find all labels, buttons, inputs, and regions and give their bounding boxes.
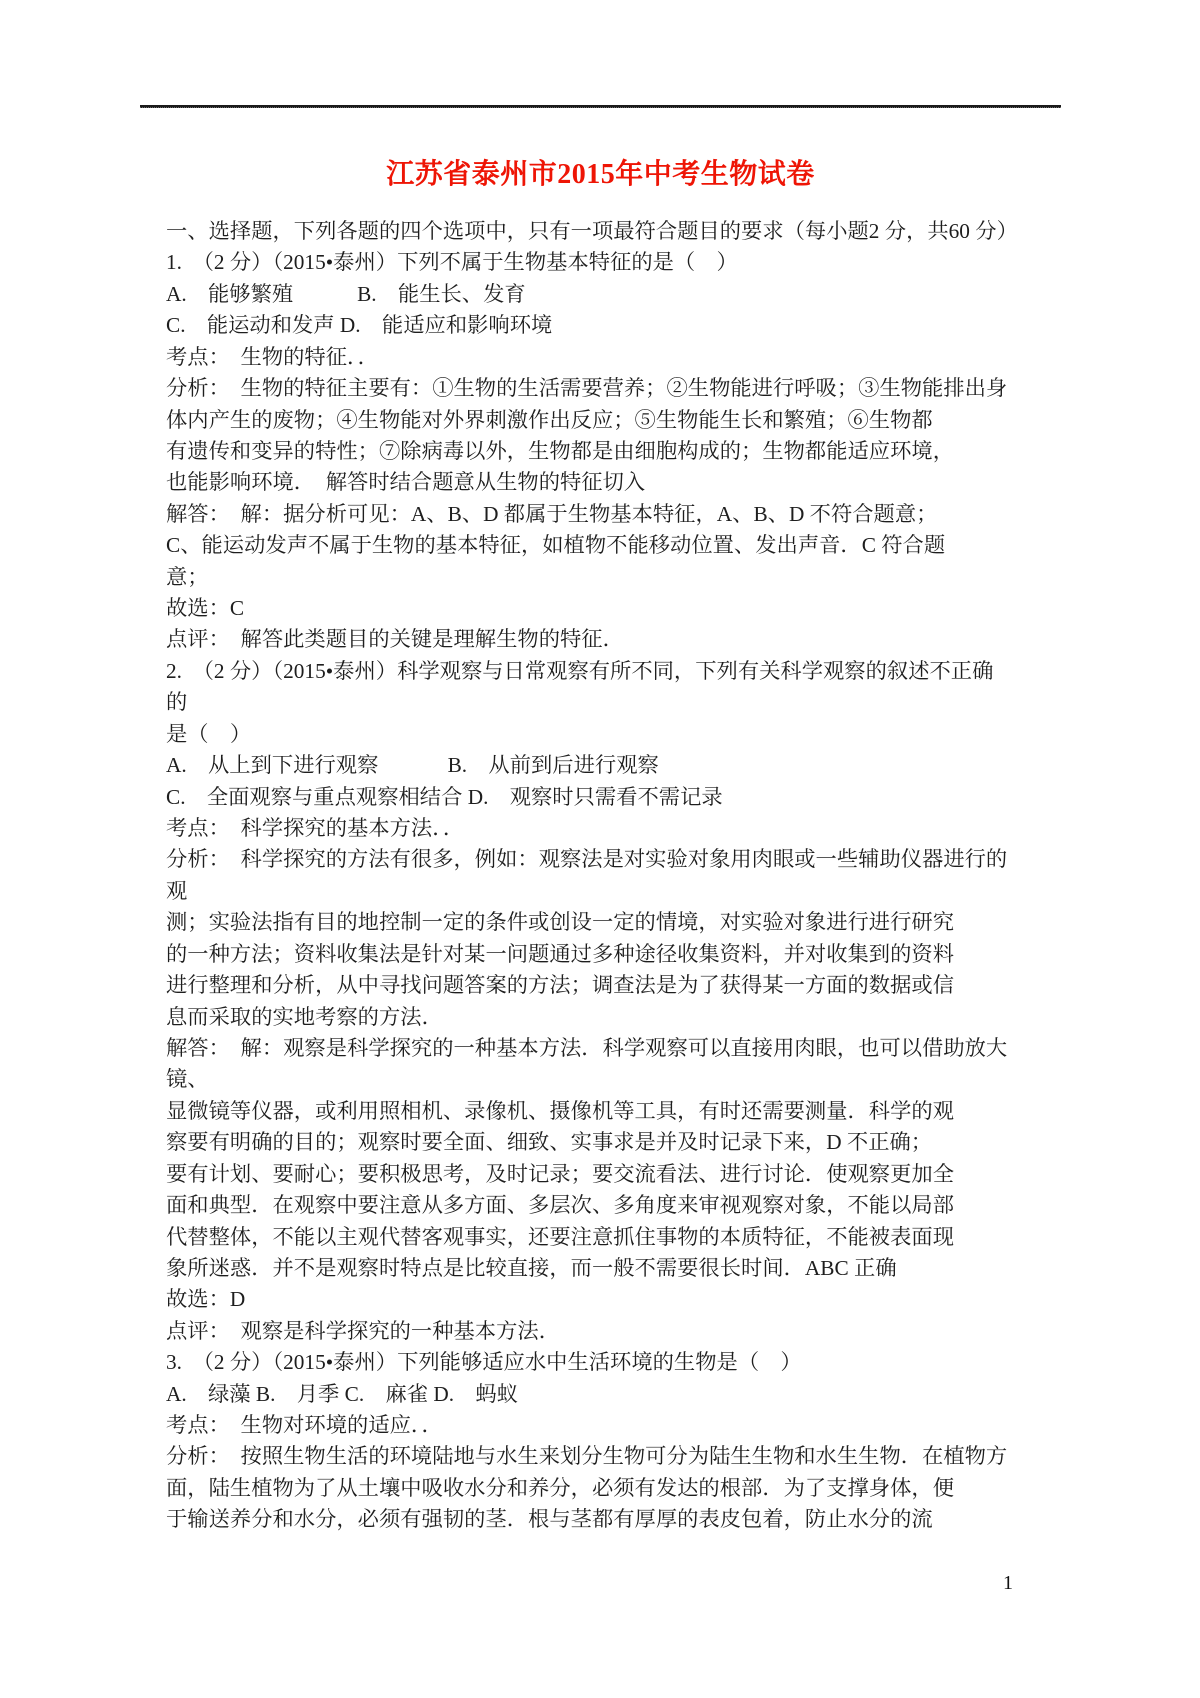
text-line: 测；实验法指有目的地控制一定的条件或创设一定的情境，对实验对象进行进行研究 — [166, 907, 1066, 938]
text-line: 1. （2 分）（2015•泰州）下列不属于生物基本特征的是（ ） — [166, 247, 1066, 278]
text-line: 的 — [166, 687, 1066, 718]
document-page: 江苏省泰州市2015年中考生物试卷 一、选择题，下列各题的四个选项中，只有一项最… — [0, 0, 1200, 1698]
text-line: 代替整体，不能以主观代替客观事实，还要注意抓住事物的本质特征，不能被表面现 — [166, 1222, 1066, 1253]
text-line: 镜、 — [166, 1064, 1066, 1095]
text-line: 考点： 科学探究的基本方法．． — [166, 813, 1066, 844]
text-line: 解答： 解：观察是科学探究的一种基本方法．科学观察可以直接用肉眼，也可以借助放大 — [166, 1033, 1066, 1064]
page-title: 江苏省泰州市2015年中考生物试卷 — [140, 152, 1061, 192]
text-line: 于输送养分和水分，必须有强韧的茎．根与茎都有厚厚的表皮包着，防止水分的流 — [166, 1504, 1066, 1535]
text-line: 故选：D — [166, 1284, 1066, 1315]
text-line: 考点： 生物的特征．． — [166, 342, 1066, 373]
text-line: 察要有明确的目的；观察时要全面、细致、实事求是并及时记录下来，D 不正确； — [166, 1127, 1066, 1158]
text-line: 息而采取的实地考察的方法． — [166, 1002, 1066, 1033]
text-line: 分析： 科学探究的方法有很多，例如：观察法是对实验对象用肉眼或一些辅助仪器进行的 — [166, 844, 1066, 875]
text-line: A. 能够繁殖 B. 能生长、发育 — [166, 279, 1066, 310]
text-line: 有遗传和变异的特性；⑦除病毒以外，生物都是由细胞构成的；生物都能适应环境， — [166, 436, 1066, 467]
document-body: 一、选择题，下列各题的四个选项中，只有一项最符合题目的要求（每小题2 分，共60… — [166, 216, 1066, 1536]
text-line: 解答： 解：据分析可见：A、B、D 都属于生物基本特征，A、B、D 不符合题意； — [166, 499, 1066, 530]
header-rule — [140, 105, 1061, 108]
text-line: 显微镜等仪器，或利用照相机、录像机、摄像机等工具，有时还需要测量．科学的观 — [166, 1096, 1066, 1127]
text-line: A. 从上到下进行观察 B. 从前到后进行观察 — [166, 750, 1066, 781]
text-line: 分析： 按照生物生活的环境陆地与水生来划分生物可分为陆生生物和水生生物．在植物方 — [166, 1441, 1066, 1472]
text-line: C、能运动发声不属于生物的基本特征，如植物不能移动位置、发出声音．C 符合题 — [166, 530, 1066, 561]
text-line: 体内产生的废物；④生物能对外界刺激作出反应；⑤生物能生长和繁殖；⑥生物都 — [166, 405, 1066, 436]
page-number: 1 — [1003, 1572, 1013, 1595]
text-line: C. 全面观察与重点观察相结合 D. 观察时只需看不需记录 — [166, 782, 1066, 813]
text-line: 是（ ） — [166, 719, 1066, 750]
text-line: 进行整理和分析，从中寻找问题答案的方法；调查法是为了获得某一方面的数据或信 — [166, 970, 1066, 1001]
text-line: 点评： 观察是科学探究的一种基本方法． — [166, 1316, 1066, 1347]
text-line: 点评： 解答此类题目的关键是理解生物的特征． — [166, 624, 1066, 655]
text-line: 一、选择题，下列各题的四个选项中，只有一项最符合题目的要求（每小题2 分，共60… — [166, 216, 1066, 247]
text-line: 象所迷惑．并不是观察时特点是比较直接，而一般不需要很长时间．ABC 正确 — [166, 1253, 1066, 1284]
text-line: 的一种方法；资料收集法是针对某一问题通过多种途径收集资料，并对收集到的资料 — [166, 939, 1066, 970]
text-line: 3. （2 分）（2015•泰州）下列能够适应水中生活环境的生物是（ ） — [166, 1347, 1066, 1378]
text-line: 也能影响环境． 解答时结合题意从生物的特征切入 — [166, 467, 1066, 498]
text-line: 要有计划、要耐心；要积极思考，及时记录；要交流看法、进行讨论．使观察更加全 — [166, 1159, 1066, 1190]
text-line: C. 能运动和发声 D. 能适应和影响环境 — [166, 310, 1066, 341]
text-line: 考点： 生物对环境的适应．． — [166, 1410, 1066, 1441]
text-line: 面和典型．在观察中要注意从多方面、多层次、多角度来审视观察对象，不能以局部 — [166, 1190, 1066, 1221]
text-line: 面，陆生植物为了从土壤中吸收水分和养分，必须有发达的根部．为了支撑身体，便 — [166, 1473, 1066, 1504]
text-line: 观 — [166, 876, 1066, 907]
text-line: 故选：C — [166, 593, 1066, 624]
text-line: 意； — [166, 562, 1066, 593]
text-line: A. 绿藻 B. 月季 C. 麻雀 D. 蚂蚁 — [166, 1379, 1066, 1410]
text-line: 2. （2 分）（2015•泰州）科学观察与日常观察有所不同，下列有关科学观察的… — [166, 656, 1066, 687]
text-line: 分析： 生物的特征主要有：①生物的生活需要营养；②生物能进行呼吸；③生物能排出身 — [166, 373, 1066, 404]
